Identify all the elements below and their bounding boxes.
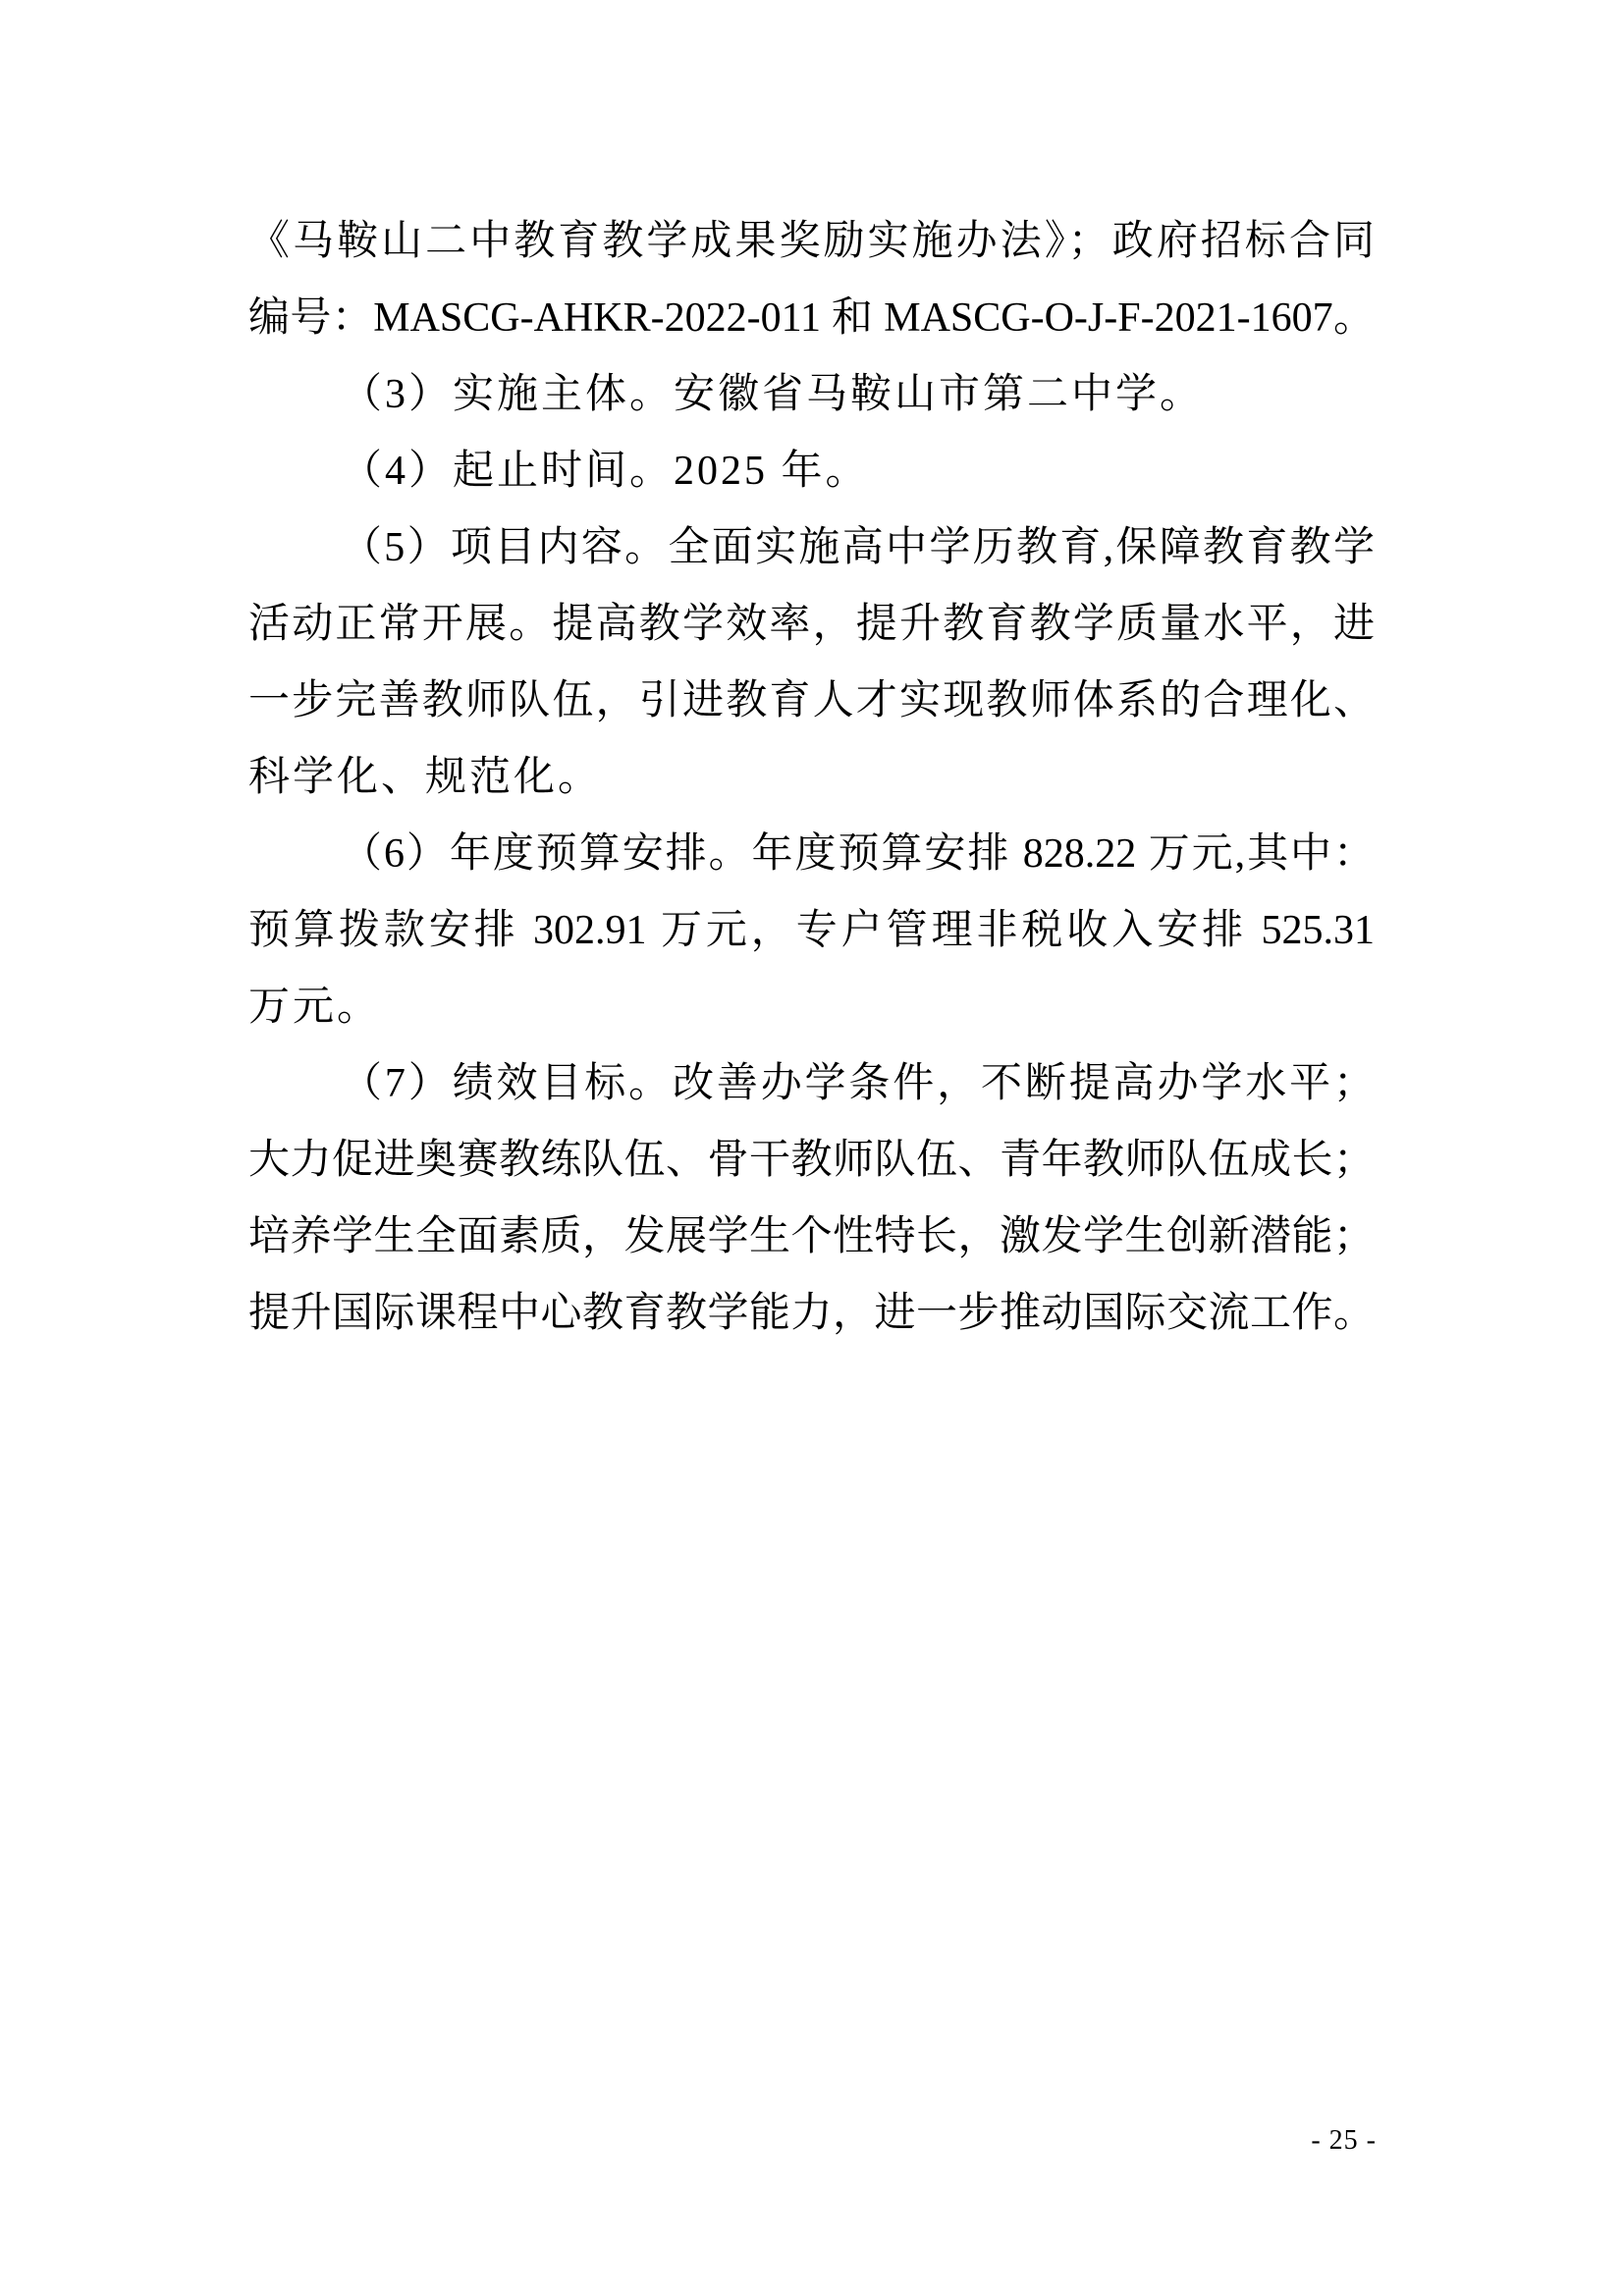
text-line: 提升国际课程中心教育教学能力，进一步推动国际交流工作。 <box>248 1275 1375 1352</box>
text-line: 预算拨款安排 302.91 万元，专户管理非税收入安排 525.31 <box>248 892 1375 969</box>
text-line: 活动正常开展。提高教学效率，提升教育教学质量水平，进 <box>248 586 1375 663</box>
document-page: 《马鞍山二中教育教学成果奖励实施办法》；政府招标合同编号：MASCG-AHKR-… <box>0 0 1624 2296</box>
text-line: 万元。 <box>248 969 1375 1045</box>
text-line: 一步完善教师队伍，引进教育人才实现教师体系的合理化、 <box>248 663 1375 739</box>
document-body: 《马鞍山二中教育教学成果奖励实施办法》；政府招标合同编号：MASCG-AHKR-… <box>248 203 1375 1352</box>
page-number: - 25 - <box>1311 2124 1377 2158</box>
text-line: （4）起止时间。2025 年。 <box>248 433 1375 509</box>
text-line: 培养学生全面素质，发展学生个性特长，激发学生创新潜能； <box>248 1199 1375 1275</box>
text-line: 科学化、规范化。 <box>248 739 1375 816</box>
text-line: 编号：MASCG-AHKR-2022-011 和 MASCG-O-J-F-202… <box>248 280 1375 356</box>
text-line: （3）实施主体。安徽省马鞍山市第二中学。 <box>248 356 1375 433</box>
text-line: （7）绩效目标。改善办学条件，不断提高办学水平； <box>248 1045 1375 1122</box>
text-line: 大力促进奥赛教练队伍、骨干教师队伍、青年教师队伍成长； <box>248 1122 1375 1199</box>
text-line: （5）项目内容。全面实施高中学历教育,保障教育教学 <box>248 509 1375 586</box>
text-line: （6）年度预算安排。年度预算安排 828.22 万元,其中： <box>248 816 1375 892</box>
text-line: 《马鞍山二中教育教学成果奖励实施办法》；政府招标合同 <box>248 203 1375 280</box>
